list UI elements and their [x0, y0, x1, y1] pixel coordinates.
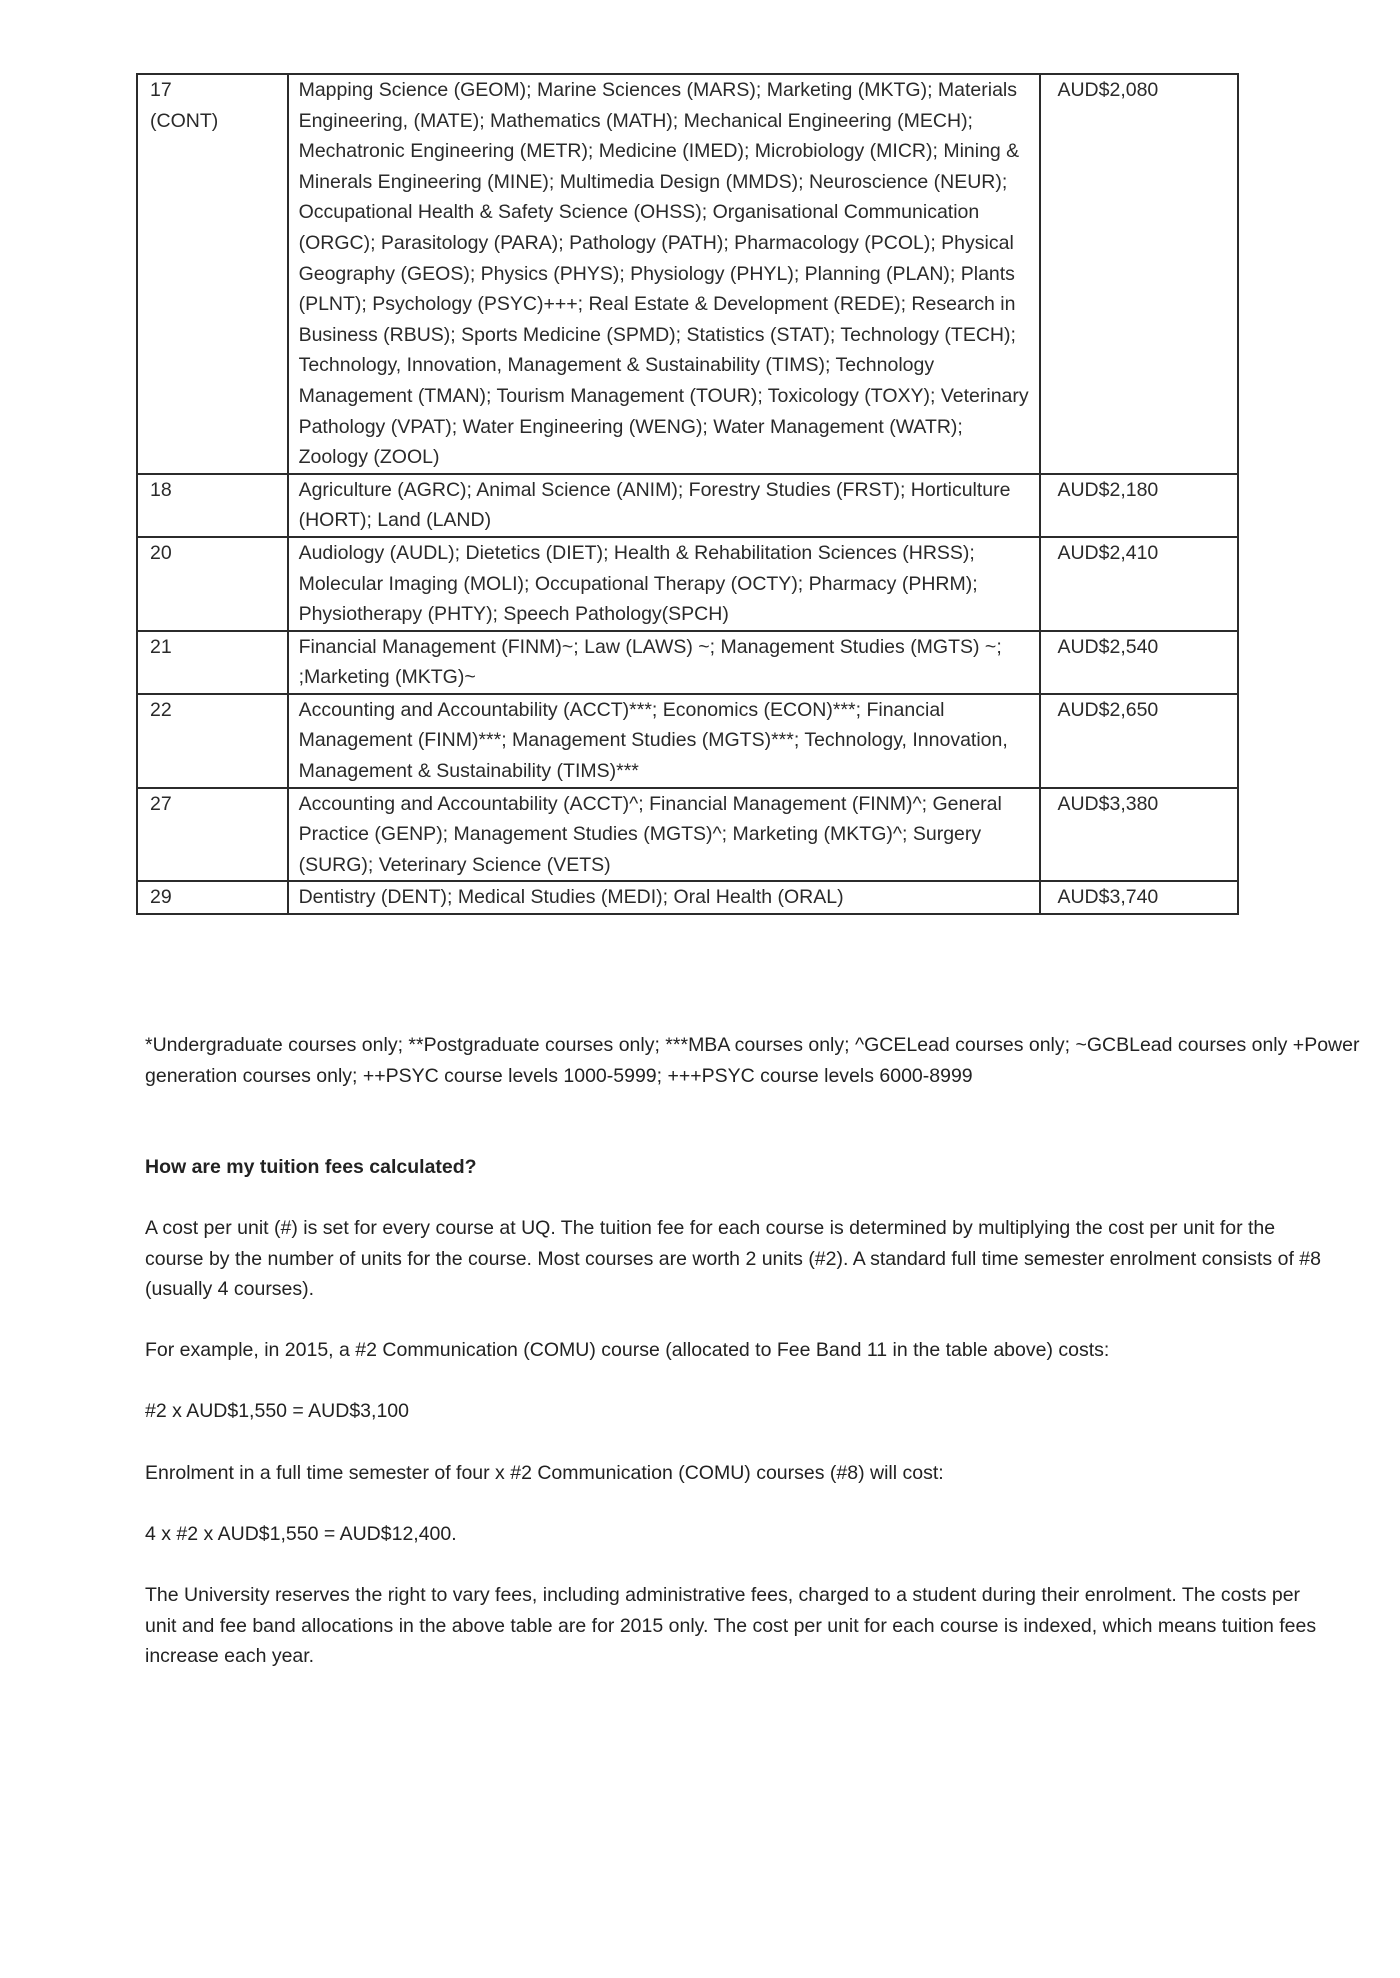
- fee-band-cell: 27: [137, 788, 288, 882]
- fee-band-table: 17 (CONT) Mapping Science (GEOM); Marine…: [136, 73, 1239, 915]
- fee-band-number: 17: [150, 75, 277, 106]
- paragraph-example: For example, in 2015, a #2 Communication…: [145, 1335, 1395, 1366]
- cost-per-unit-cell: AUD$2,410: [1040, 537, 1238, 631]
- paragraph-text: 4 x #2 x AUD$1,550 = AUD$12,400.: [145, 1519, 1395, 1550]
- paragraph-text: #2 x AUD$1,550 = AUD$3,100: [145, 1396, 1395, 1427]
- fee-band-cell: 21: [137, 631, 288, 694]
- paragraph-text: A cost per unit (#) is set for every cou…: [145, 1213, 1325, 1305]
- courses-cell: Financial Management (FINM)~; Law (LAWS)…: [288, 631, 1041, 694]
- formula-single-course: #2 x AUD$1,550 = AUD$3,100: [145, 1396, 1395, 1427]
- paragraph-text: For example, in 2015, a #2 Communication…: [145, 1335, 1395, 1366]
- cost-per-unit-cell: AUD$3,740: [1040, 881, 1238, 914]
- table-row: 21 Financial Management (FINM)~; Law (LA…: [137, 631, 1238, 694]
- table-row: 27 Accounting and Accountability (ACCT)^…: [137, 788, 1238, 882]
- cost-per-unit-cell: AUD$2,650: [1040, 694, 1238, 788]
- fee-band-note: (CONT): [150, 106, 277, 137]
- courses-cell: Accounting and Accountability (ACCT)^; F…: [288, 788, 1041, 882]
- fee-band-cell: 20: [137, 537, 288, 631]
- courses-cell: Agriculture (AGRC); Animal Science (ANIM…: [288, 474, 1041, 537]
- fee-band-cell: 17 (CONT): [137, 74, 288, 474]
- table-row: 22 Accounting and Accountability (ACCT)*…: [137, 694, 1238, 788]
- paragraph-cost-per-unit: A cost per unit (#) is set for every cou…: [145, 1213, 1325, 1305]
- fee-band-cell: 29: [137, 881, 288, 914]
- fee-band-cell: 22: [137, 694, 288, 788]
- fee-band-cell: 18: [137, 474, 288, 537]
- courses-cell: Mapping Science (GEOM); Marine Sciences …: [288, 74, 1041, 474]
- table-row: 20 Audiology (AUDL); Dietetics (DIET); H…: [137, 537, 1238, 631]
- paragraph-text: Enrolment in a full time semester of fou…: [145, 1458, 1395, 1489]
- table-row: 18 Agriculture (AGRC); Animal Science (A…: [137, 474, 1238, 537]
- paragraph-full-time: Enrolment in a full time semester of fou…: [145, 1458, 1395, 1489]
- document-page: 17 (CONT) Mapping Science (GEOM); Marine…: [0, 0, 1400, 1978]
- paragraph-text: The University reserves the right to var…: [145, 1580, 1320, 1672]
- formula-full-time: 4 x #2 x AUD$1,550 = AUD$12,400.: [145, 1519, 1395, 1550]
- cost-per-unit-cell: AUD$2,080: [1040, 74, 1238, 474]
- table-row: 17 (CONT) Mapping Science (GEOM); Marine…: [137, 74, 1238, 474]
- cost-per-unit-cell: AUD$2,540: [1040, 631, 1238, 694]
- table-row: 29 Dentistry (DENT); Medical Studies (ME…: [137, 881, 1238, 914]
- table-footnotes: *Undergraduate courses only; **Postgradu…: [145, 1030, 1395, 1091]
- courses-cell: Accounting and Accountability (ACCT)***;…: [288, 694, 1041, 788]
- section-heading: How are my tuition fees calculated?: [145, 1152, 1395, 1183]
- cost-per-unit-cell: AUD$2,180: [1040, 474, 1238, 537]
- courses-cell: Dentistry (DENT); Medical Studies (MEDI)…: [288, 881, 1041, 914]
- cost-per-unit-cell: AUD$3,380: [1040, 788, 1238, 882]
- courses-cell: Audiology (AUDL); Dietetics (DIET); Heal…: [288, 537, 1041, 631]
- paragraph-disclaimer: The University reserves the right to var…: [145, 1580, 1320, 1672]
